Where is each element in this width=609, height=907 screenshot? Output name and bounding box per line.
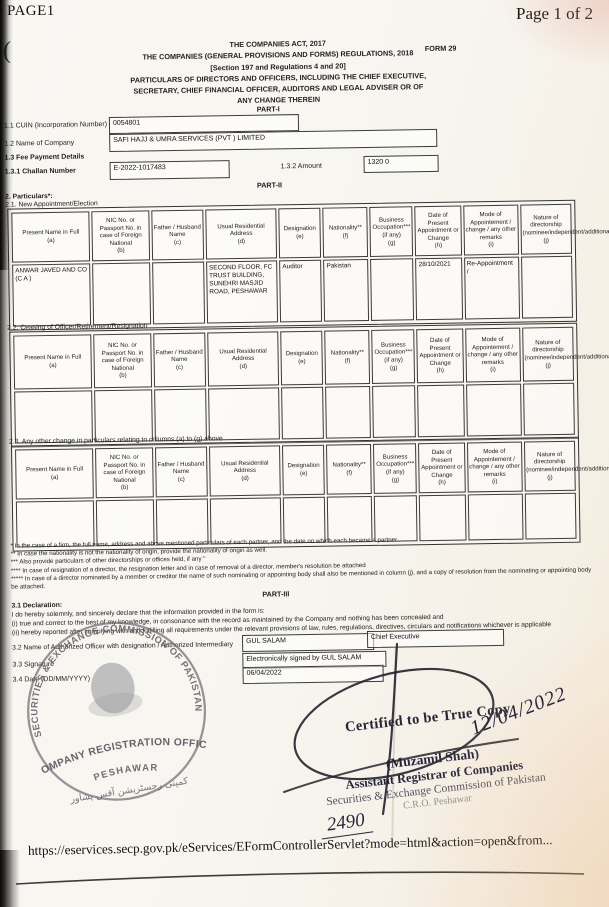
fee-details-label: 1.3 Fee Payment Details — [4, 153, 84, 161]
column-header: Business Occupation*** (if any) (g) — [372, 329, 416, 384]
column-header: Nature of directorship (nominee/independ… — [522, 327, 574, 382]
table-row: ANWAR JAVED AND CO (C A )SECOND FLOOR, F… — [12, 256, 573, 327]
scan-shadow-left-top — [0, 0, 9, 270]
table-cell — [374, 495, 418, 542]
amount-label: 1.3.2 Amount — [281, 163, 322, 171]
column-header: Mode of Appointement / change / any othe… — [467, 442, 523, 493]
table-cell — [370, 258, 414, 321]
form-number: FORM 29 — [425, 44, 457, 53]
column-header: NIC No. or Passport No. in case of Forei… — [92, 210, 150, 261]
table-cell — [327, 496, 373, 543]
table-cell — [525, 493, 577, 540]
column-header: Business Occupation*** (if any) (g) — [370, 206, 414, 257]
ceasing-table: Present Name in Full (a)NIC No. or Passp… — [9, 323, 579, 448]
column-header: Mode of Appointement / change / any othe… — [463, 205, 519, 256]
column-header: Date of Present Appointment or Change (h… — [415, 206, 462, 257]
scanned-form-page: PAGE1 Page 1 of 2 ( THE COMPANIES ACT, 2… — [0, 0, 609, 907]
table-cell — [283, 497, 326, 544]
table-cell — [523, 383, 575, 436]
table-cell — [419, 494, 466, 541]
secp-round-stamp: SECURITIES & EXCHANGE COMMISSION OF PAKI… — [5, 606, 230, 823]
scan-tint-top-right — [499, 0, 609, 70]
table-cell — [466, 384, 522, 437]
table-cell: Auditor — [279, 260, 322, 323]
column-header: Present Name in Full (a) — [13, 334, 92, 389]
column-header: Designation (e) — [280, 331, 323, 386]
column-header: Father / Husband Name (c) — [155, 447, 208, 498]
amount-value-box: 1320 0 — [363, 155, 438, 173]
footnotes: * In the case of a firm, the full name, … — [11, 533, 597, 591]
column-header: Nature of directorship (nominee/independ… — [520, 204, 572, 255]
company-name-box: SAFI HAJJ & UMRA SERVICES (PVT ) LIMITED — [109, 129, 437, 152]
column-header: Father / Husband Name (c) — [151, 210, 204, 261]
column-header: Nature of directorship (nominee/independ… — [524, 441, 576, 492]
table-cell — [95, 389, 153, 442]
table-cell — [152, 262, 205, 325]
table-cell: Pakistan — [323, 259, 369, 322]
table-cell — [96, 499, 154, 546]
table-cell: 28/10/2021 — [416, 258, 463, 321]
table-cell — [281, 387, 324, 440]
column-header: Designation (e) — [278, 208, 321, 259]
table-cell: SECOND FLOOR, FC TRUST BUILDING, SUNEHRI… — [206, 260, 278, 323]
table-row — [14, 383, 575, 444]
scan-tint-bottom-right — [389, 627, 609, 907]
column-header: Usual Residential Address (d) — [209, 445, 281, 496]
column-header: Nationality** (f) — [324, 330, 370, 385]
table-cell — [521, 256, 573, 319]
column-header: Nationality** (f) — [323, 207, 369, 258]
column-header: Business Occupation*** (if any) (g) — [373, 443, 417, 494]
table-cell — [325, 386, 371, 439]
column-header: Date of Present Appointment or Change (h… — [418, 442, 465, 493]
column-header: Date of Present Appointment or Change (h… — [417, 329, 464, 384]
table-cell — [154, 389, 207, 442]
table-cell — [16, 500, 95, 547]
column-header: Father / Husband Name (c) — [153, 333, 206, 388]
table-cell: Re-Appointment / — [464, 257, 520, 320]
declaration-heading: 3.1 Declaration: — [11, 602, 62, 610]
column-header: Usual Residential Address (d) — [205, 208, 277, 259]
column-header: Present Name in Full (a) — [11, 211, 90, 262]
table-cell — [467, 494, 523, 541]
table-cell — [418, 385, 465, 438]
table-cell — [155, 499, 208, 546]
table-cell — [93, 262, 151, 325]
table-cell — [208, 387, 280, 440]
cuin-label: 1.1 CUIN (Incorporation Number) — [4, 121, 107, 130]
challan-value-box: E-2022-1017483 — [110, 160, 230, 180]
column-header: NIC No. or Passport No. in case of Forei… — [95, 447, 153, 498]
column-header: Nationality** (f) — [326, 444, 372, 495]
column-header: NIC No. or Passport No. in case of Forei… — [94, 333, 152, 388]
form-title: THE COMPANIES ACT, 2017THE COMPANIES (GE… — [113, 36, 444, 109]
new-appointment-table: Present Name in Full (a)NIC No. or Passp… — [7, 200, 577, 331]
stamp-city-text: PESHAWAR — [91, 758, 160, 783]
column-header: Present Name in Full (a) — [15, 448, 94, 499]
challan-label: 1.3.1 Challan Number — [5, 168, 76, 176]
column-header: Designation (e) — [282, 445, 325, 496]
company-name-label: 1.2 Name of Company — [4, 140, 74, 148]
scan-shadow-bottom-left — [0, 850, 20, 907]
part2-heading: PART-II — [0, 176, 542, 194]
table-cell — [14, 390, 93, 443]
column-header: Usual Residential Address (d) — [207, 331, 279, 386]
table-cell — [210, 497, 282, 544]
table-cell — [372, 385, 416, 438]
column-header: Mode of Appointement / change / any othe… — [465, 328, 521, 383]
table-cell: ANWAR JAVED AND CO (C A ) — [12, 263, 91, 326]
